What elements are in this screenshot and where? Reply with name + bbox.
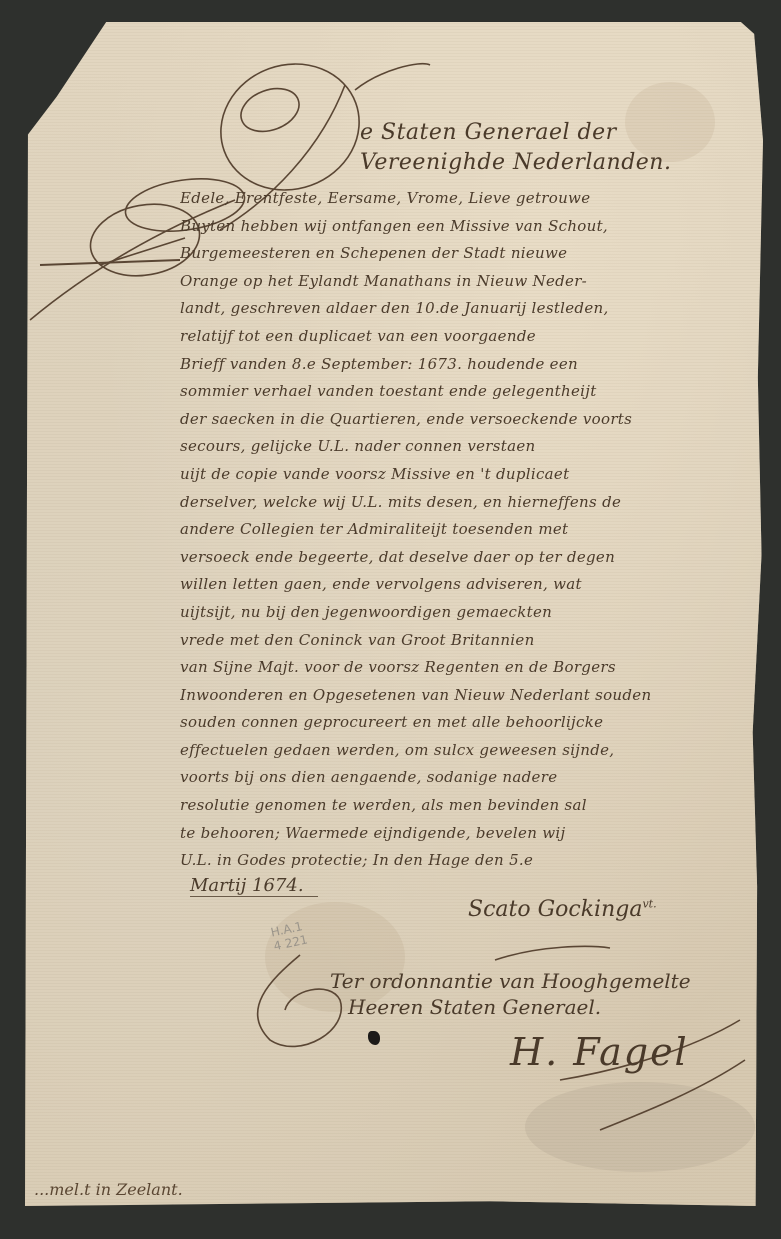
date-line: Martij 1674. [190, 875, 318, 897]
heading-line-2: Vereenighde Nederlanden. [360, 148, 671, 178]
body-line: der saecken in die Quartieren, ende vers… [180, 406, 740, 434]
body-line: uijt de copie vande voorsz Missive en 't… [180, 461, 740, 489]
body-line: secours, gelijcke U.L. nader connen vers… [180, 433, 740, 461]
body-line: te behooren; Waermede eijndigende, bevel… [180, 820, 740, 848]
body-line: voorts bij ons dien aengaende, sodanige … [180, 764, 740, 792]
body-line: vrede met den Coninck van Groot Britanni… [180, 627, 740, 655]
body-line: U.L. in Godes protectie; In den Hage den… [180, 847, 740, 875]
body-line: Buyten hebben wij ontfangen een Missive … [180, 213, 740, 241]
signature-name: Scato Gockinga [468, 897, 642, 922]
letter-body: Edele, Erentfeste, Eersame, Vrome, Lieve… [180, 185, 740, 875]
body-line: effectuelen gedaen werden, om sulcx gewe… [180, 737, 740, 765]
countersign-block: Ter ordonnantie van Hooghgemelte Heeren … [330, 968, 691, 1020]
body-line: willen letten gaen, ende vervolgens advi… [180, 571, 740, 599]
body-line: relatijf tot een duplicaet van een voorg… [180, 323, 740, 351]
body-line: Inwoonderen en Opgesetenen van Nieuw Ned… [180, 682, 740, 710]
body-line: resolutie genomen te werden, als men bev… [180, 792, 740, 820]
body-line: versoeck ende begeerte, dat deselve daer… [180, 544, 740, 572]
body-line: sommier verhael vanden toestant ende gel… [180, 378, 740, 406]
body-line: Burgemeesteren en Schepenen der Stadt ni… [180, 240, 740, 268]
countersign-line-1: Ter ordonnantie van Hooghgemelte [330, 968, 691, 994]
signature-secretary: H. Fagel [510, 1030, 689, 1074]
footer-address-note: ...mel.t in Zeelant. [34, 1180, 183, 1199]
body-line: landt, geschreven aldaer den 10.de Janua… [180, 295, 740, 323]
countersign-line-2: Heeren Staten Generael. [330, 994, 691, 1020]
body-line: derselver, welcke wij U.L. mits desen, e… [180, 489, 740, 517]
heading-line-1: e Staten Generael der [360, 118, 671, 148]
body-line: andere Collegien ter Admiraliteijt toese… [180, 516, 740, 544]
body-line: van Sijne Majt. voor de voorsz Regenten … [180, 654, 740, 682]
signature-primary: Scato Gockingavt. [468, 897, 657, 922]
body-line: souden connen geprocureert en met alle b… [180, 709, 740, 737]
body-line: uijtsijt, nu bij den jegenwoordigen gema… [180, 599, 740, 627]
ink-blot [368, 1031, 380, 1045]
body-line: Orange op het Eylandt Manathans in Nieuw… [180, 268, 740, 296]
body-line: Edele, Erentfeste, Eersame, Vrome, Lieve… [180, 185, 740, 213]
body-line: Brieff vanden 8.e September: 1673. houde… [180, 351, 740, 379]
signature-suffix: vt. [642, 898, 656, 911]
letter-heading: e Staten Generael der Vereenighde Nederl… [360, 118, 671, 178]
